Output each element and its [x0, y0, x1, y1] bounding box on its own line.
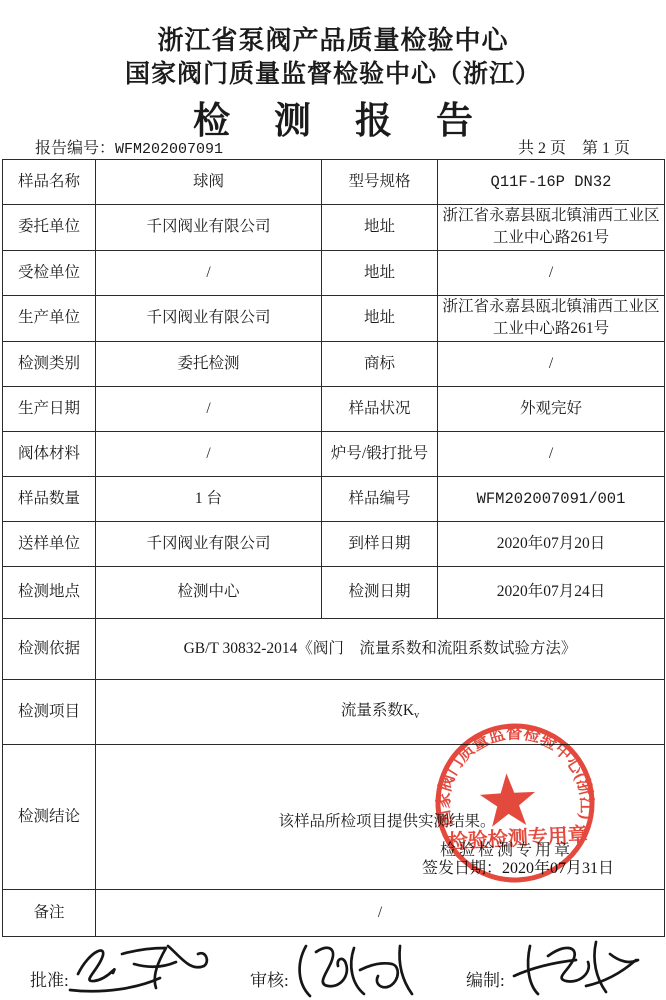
table-row: 委托单位 千冈阀业有限公司 地址 浙江省永嘉县瓯北镇浦西工业区工业中心路261号 — [3, 205, 665, 251]
table-row: 样品数量 1 台 样品编号 WFM202007091/001 — [3, 476, 665, 521]
star-icon — [479, 772, 537, 827]
seal-bottom-text: 检验检测专用章 — [447, 822, 588, 853]
approve-signature — [64, 938, 214, 1000]
table-row: 生产日期 / 样品状况 外观完好 — [3, 386, 665, 431]
report-number: 报告编号：WFM202007091 — [35, 139, 223, 160]
table-row: 阀体材料 / 炉号/锻打批号 / — [3, 431, 665, 476]
table-row: 受检单位 / 地址 / — [3, 250, 665, 295]
table-row: 样品名称 球阀 型号规格 Q11F-16P DN32 — [3, 160, 665, 205]
remark-value: / — [96, 889, 665, 936]
org-name-line2: 国家阀门质量监督检验中心（浙江） — [0, 54, 666, 90]
report-meta: 报告编号：WFM202007091 共 2 页 第 1 页 — [35, 139, 630, 160]
basis-row: 检测依据 GB/T 30832-2014《阀门 流量系数和流阻系数试验方法》 — [3, 618, 665, 679]
review-signature — [288, 936, 423, 1000]
official-seal: 国家阀门质量监督检验中心(浙江) 检验检测专用章 — [426, 714, 605, 893]
table-row: 生产单位 千冈阀业有限公司 地址 浙江省永嘉县瓯北镇浦西工业区工业中心路261号 — [3, 295, 665, 341]
table-row: 检测地点 检测中心 检测日期 2020年07月24日 — [3, 566, 665, 618]
basis-value: GB/T 30832-2014《阀门 流量系数和流阻系数试验方法》 — [96, 618, 665, 679]
table-row: 送样单位 千冈阀业有限公司 到样日期 2020年07月20日 — [3, 521, 665, 566]
org-name-line1: 浙江省泵阀产品质量检验中心 — [0, 20, 666, 57]
prepare-signature — [502, 934, 642, 1000]
prepare-label: 编制: — [466, 966, 505, 991]
doc-title: 检测报告 — [0, 90, 666, 144]
remark-row: 备注 / — [3, 889, 665, 936]
review-label: 审核: — [250, 966, 289, 991]
approve-label: 批准: — [30, 966, 69, 991]
report-page: 浙江省泵阀产品质量检验中心 国家阀门质量监督检验中心（浙江） 检测报告 报告编号… — [0, 0, 666, 1000]
page-indicator: 共 2 页 第 1 页 — [518, 139, 630, 160]
table-row: 检测类别 委托检测 商标 / — [3, 341, 665, 386]
